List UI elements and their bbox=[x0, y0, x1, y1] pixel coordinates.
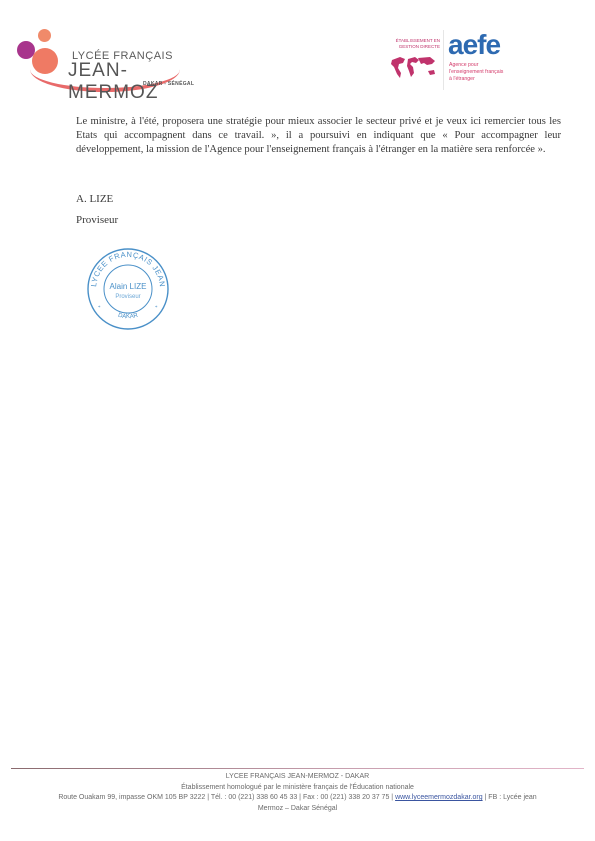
logo-dot-orange bbox=[38, 29, 51, 42]
official-stamp: LYCEE FRANÇAIS JEAN MERMOZ DAKAR Alain L… bbox=[86, 247, 170, 331]
stamp-star-left: * bbox=[98, 306, 101, 311]
signer-title: Proviseur bbox=[76, 214, 118, 226]
aefe-etablissement-label: ÉTABLISSEMENT EN GESTION DIRECTE bbox=[380, 38, 440, 50]
logo-divider bbox=[443, 30, 444, 90]
aefe-brand: aefe bbox=[448, 30, 500, 60]
stamp-bottom-text: DAKAR bbox=[117, 312, 139, 320]
footer-school-name: LYCEE FRANÇAIS JEAN-MERMOZ - DAKAR bbox=[0, 772, 595, 783]
stamp-name: Alain LIZE bbox=[110, 282, 147, 291]
aefe-tagline-1: Agence pour bbox=[449, 62, 503, 69]
stamp-star-right: * bbox=[155, 306, 158, 311]
world-map-icon bbox=[388, 54, 438, 80]
aefe-tagline-2: l'enseignement français bbox=[449, 69, 503, 76]
aefe-tagline: Agence pour l'enseignement français à l'… bbox=[449, 62, 503, 83]
footer-location: Mermoz – Dakar Sénégal bbox=[0, 804, 595, 815]
footer-accreditation: Établissement homologué par le ministère… bbox=[0, 783, 595, 794]
school-logo: LYCÉE FRANÇAIS JEAN-MERMOZ DAKAR - SÉNÉG… bbox=[10, 26, 210, 96]
logo-line3: DAKAR - SÉNÉGAL bbox=[143, 81, 194, 87]
footer-divider bbox=[11, 768, 584, 769]
letter-paragraph: Le ministre, à l'été, proposera une stra… bbox=[76, 115, 561, 157]
footer-address: Route Ouakam 99, impasse OKM 105 BP 3222… bbox=[58, 794, 395, 801]
website-link[interactable]: www.lyceemermozdakar.org bbox=[395, 794, 483, 801]
svg-text:DAKAR: DAKAR bbox=[117, 312, 139, 320]
footer-contact: Route Ouakam 99, impasse OKM 105 BP 3222… bbox=[0, 793, 595, 804]
aefe-tagline-3: à l'étranger bbox=[449, 76, 503, 83]
signer-name: A. LIZE bbox=[76, 193, 113, 205]
footer: LYCEE FRANÇAIS JEAN-MERMOZ - DAKAR Établ… bbox=[0, 772, 595, 814]
aefe-logo: ÉTABLISSEMENT EN GESTION DIRECTE aefe Ag… bbox=[380, 30, 530, 90]
stamp-role: Proviseur bbox=[115, 294, 140, 300]
footer-facebook: | FB : Lycée jean bbox=[483, 794, 537, 801]
